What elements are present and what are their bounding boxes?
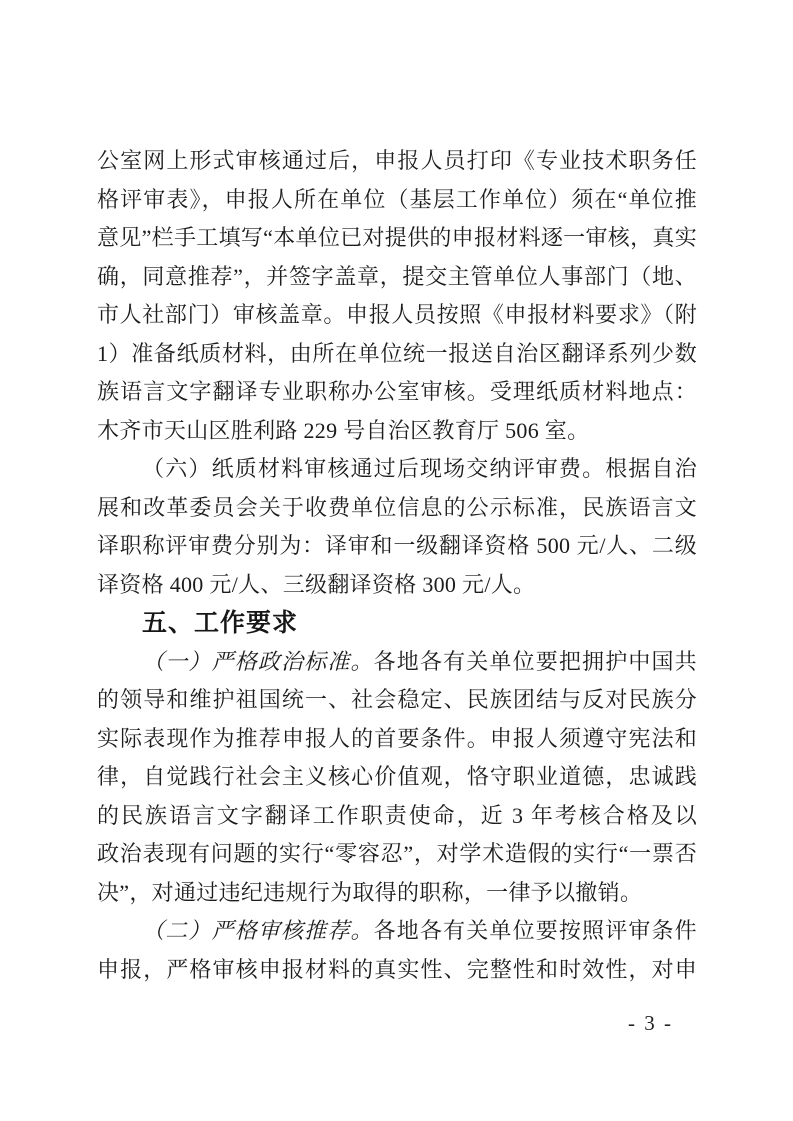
text-line: 的民族语言文字翻译工作职责使命，近 3 年考核合格及以上。对	[97, 797, 697, 836]
text-line: 申报，严格审核申报材料的真实性、完整性和时效性，对申报人	[97, 951, 697, 990]
page-number: - 3 -	[97, 1011, 697, 1036]
text-line: 译资格 400 元/人、三级翻译资格 300 元/人。	[97, 566, 697, 605]
text-line: 确，同意推荐”，并签字盖章，提交主管单位人事部门（地、州、	[97, 258, 697, 297]
text-line: 格评审表》，申报人所在单位（基层工作单位）须在“单位推荐	[97, 181, 697, 220]
para-six: （六）纸质材料审核通过后现场交纳评审费。根据自治区发 展和改革委员会关于收费单位…	[97, 450, 697, 604]
text-column: 公室网上形式审核通过后，申报人员打印《专业技术职务任职资 格评审表》，申报人所在…	[97, 142, 697, 1036]
text-line: 决”，对通过违纪违规行为取得的职称，一律予以撤销。	[97, 874, 697, 913]
text-line: 族语言文字翻译专业职称办公室审核。受理纸质材料地点：乌鲁	[97, 373, 697, 412]
text-line: 译职称评审费分别为：译审和一级翻译资格 500 元/人、二级翻	[97, 527, 697, 566]
text-line: 实际表现作为推荐申报人的首要条件。申报人须遵守宪法和法	[97, 720, 697, 759]
para-continuation: 公室网上形式审核通过后，申报人员打印《专业技术职务任职资 格评审表》，申报人所在…	[97, 142, 697, 450]
text-line: （二）严格审核推荐。各地各有关单位要按照评审条件推荐	[97, 912, 697, 951]
text-line: 公室网上形式审核通过后，申报人员打印《专业技术职务任职资	[97, 142, 697, 181]
section-heading: 五、工作要求	[97, 604, 697, 643]
para-two: （二）严格审核推荐。各地各有关单位要按照评审条件推荐 申报，严格审核申报材料的真…	[97, 912, 697, 989]
para-one: （一）严格政治标准。各地各有关单位要把拥护中国共产党 的领导和维护祖国统一、社会…	[97, 643, 697, 913]
text-line: 律，自觉践行社会主义核心价值观，恪守职业道德，忠诚践行党	[97, 758, 697, 797]
text-line: 意见”栏手工填写“本单位已对提供的申报材料逐一审核，真实准	[97, 219, 697, 258]
subsection-lead: （二）严格审核推荐。	[142, 918, 374, 943]
text-line: 政治表现有问题的实行“零容忍”，对学术造假的实行“一票否	[97, 835, 697, 874]
text-line: 展和改革委员会关于收费单位信息的公示标准，民族语言文字翻	[97, 489, 697, 528]
text-line: （六）纸质材料审核通过后现场交纳评审费。根据自治区发	[97, 450, 697, 489]
subsection-lead: （一）严格政治标准。	[142, 649, 374, 674]
text-line: 市人社部门）审核盖章。申报人员按照《申报材料要求》（附件	[97, 296, 697, 335]
text-line: （一）严格政治标准。各地各有关单位要把拥护中国共产党	[97, 643, 697, 682]
document-page: 公室网上形式审核通过后，申报人员打印《专业技术职务任职资 格评审表》，申报人所在…	[0, 0, 793, 1121]
text-line: 1）准备纸质材料，由所在单位统一报送自治区翻译系列少数民	[97, 335, 697, 374]
text-line: 木齐市天山区胜利路 229 号自治区教育厅 506 室。	[97, 412, 697, 451]
text-line: 的领导和维护祖国统一、社会稳定、民族团结与反对民族分裂的	[97, 681, 697, 720]
